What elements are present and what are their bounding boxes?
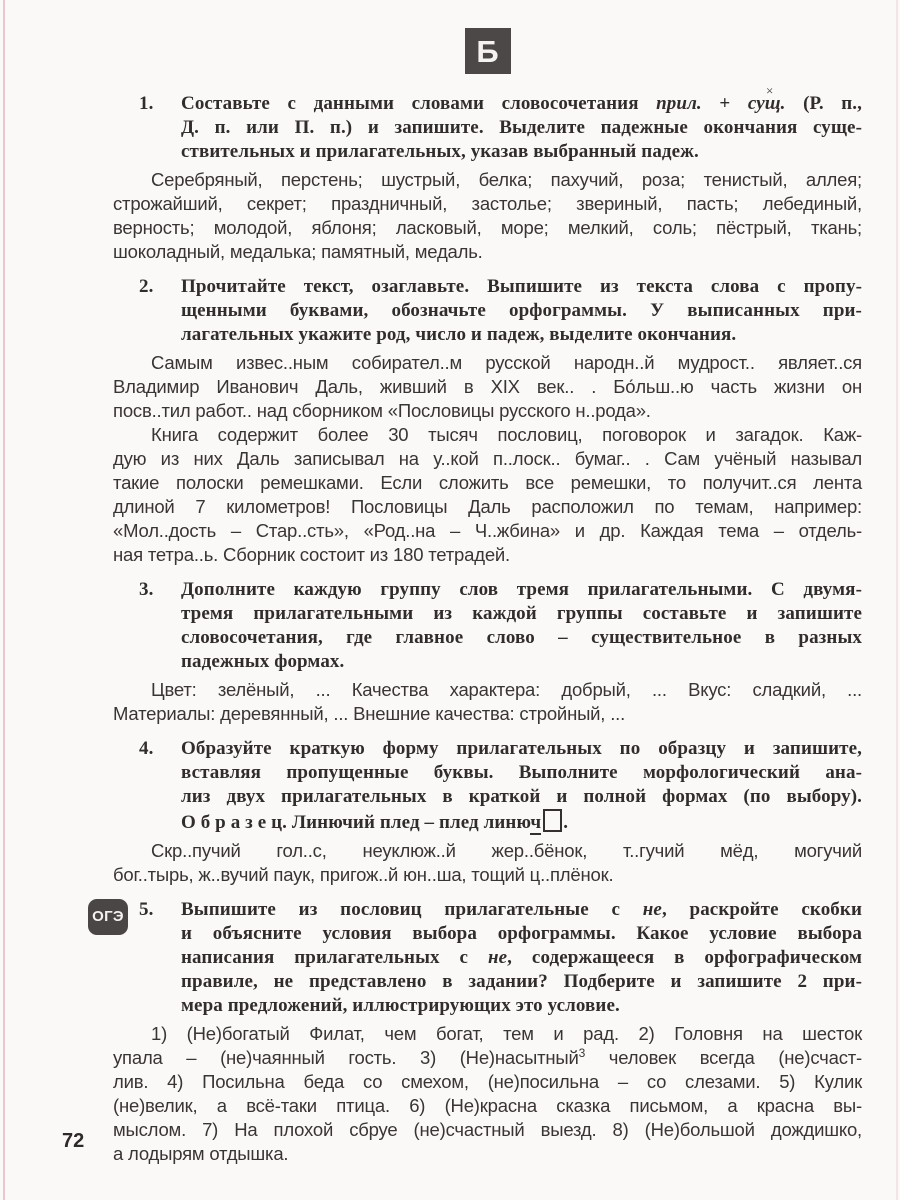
instruction-line: лагательных укажите род, число и падеж, … [181,323,862,347]
instruction-text: , содержащееся в орфографическом [507,947,862,968]
left-page-edge-line [3,0,5,1200]
exercise-4-instruction: 4. Образуйте краткую форму прилагательны… [181,737,862,835]
proverb-line: лив. 4) Посильна беда со смехом, (не)пос… [113,1070,862,1094]
page-number: 72 [62,1130,84,1153]
exercise-3-number: 3. [139,578,153,602]
word-list-line: верность; молодой, яблоня; ласковый, мор… [113,216,862,240]
word-group-line: Цвет: зелёный, ... Качества характера: д… [113,678,862,702]
exercise-5: ОГЭ 5. Выпишите из пословиц прилагательн… [113,898,862,1166]
exercise-3-word-groups: Цвет: зелёный, ... Качества характера: д… [113,678,862,726]
text-paragraph: Книга содержит более 30 тысяч пословиц, … [113,423,862,567]
word-list-line: Серебряный, перстень; шустрый, белка; па… [113,168,862,192]
text-line: такие полоски ремешками. Если сложить вс… [113,471,862,495]
exercise-2-number: 2. [139,275,153,299]
instruction-line: падежных формах. [181,650,862,674]
instruction-line: и объясните условия выбора орфограммы. К… [181,922,862,946]
exercise-3-instruction: 3. Дополните каждую группу слов тремя пр… [181,578,862,674]
text-line: ная тетра..ь. Сборник состоит из 180 тет… [113,543,862,567]
text-line: посв..тил работ.. над сборником «Послови… [113,399,862,423]
proverb-line: 1) (Не)богатый Филат, чем богат, тем и р… [113,1022,862,1046]
exercise-3: 3. Дополните каждую группу слов тремя пр… [113,578,862,726]
sample-text: О б р а з е ц. Линючий плед – плед линю [181,812,530,833]
sample-period: . [563,812,568,833]
exercise-2-text: Самым извес..ным собирател..м русской на… [113,351,862,567]
zero-ending-box [543,809,562,832]
proverb-line: упала – (не)чаянный гость. 3) (Не)насытн… [113,1046,862,1070]
text-line: «Мол..дость – Стар..сть», «Род..на – Ч..… [113,519,862,543]
proverb-line: а лодырям отдышка. [113,1142,862,1166]
word-list-line: Скр..пучий гол..с, неуклюж..й жер..бёнок… [113,839,862,863]
text-line: Владимир Иванович Даль, живший в XIX век… [113,375,862,399]
word-list-line: строжайший, секрет; праздничный, застоль… [113,192,862,216]
instruction-line: Прочитайте текст, озаглавьте. Выпишите и… [181,275,862,299]
term-sushch: ×сущ. [748,93,786,114]
instruction-line: ствительных и прилагательных, указав выб… [181,140,862,164]
exercise-2-instruction: 2. Прочитайте текст, озаглавьте. Выпишит… [181,275,862,347]
proverb-line: мыслом. 7) На плохой сбруе (не)счастный … [113,1118,862,1142]
instruction-line: тремя прилагательными из каждой группы с… [181,602,862,626]
instruction-line: Выпишите из пословиц прилагательные с не… [181,898,862,922]
instruction-line: правиле, не представлено в задании? Подб… [181,970,862,994]
instruction-text: (Р. п., [786,93,862,114]
underlined-letter: ч [530,812,541,835]
instruction-line: Дополните каждую группу слов тремя прила… [181,578,862,602]
plus-sign: + [702,93,748,114]
word-list-line: шоколадный, медалька; памятный, медаль. [113,240,862,264]
instruction-line: Составьте с данными словами словосочетан… [181,92,862,116]
instruction-line: лиз двух прилагательных в краткой и полн… [181,785,862,809]
exercise-1-number: 1. [139,92,153,116]
x-mark: × [766,79,773,103]
page-content: Б 1. Составьте с данными словами словосо… [113,0,862,1166]
word-group-line: Материалы: деревянный, ... Внешние качес… [113,702,862,726]
instruction-line: Образуйте краткую форму прилагательных п… [181,737,862,761]
text-line: Книга содержит более 30 тысяч пословиц, … [113,423,862,447]
word-list-line: бог..тырь, ж..вучий паук, пригож..й юн..… [113,863,862,887]
text-line: Самым извес..ным собирател..м русской на… [113,351,862,375]
instruction-line: Д. п. или П. п.) и запишите. Выделите па… [181,116,862,140]
proverb-text: упала – (не)чаянный гость. 3) (Не)насытн… [113,1047,579,1068]
instruction-line: написания прилагательных с не, содержаще… [181,946,862,970]
textbook-page: Б 1. Составьте с данными словами словосо… [0,0,900,1166]
term-pril: прил. [656,93,702,114]
instruction-line: вставляя пропущенные буквы. Выполните мо… [181,761,862,785]
text-paragraph: Самым извес..ным собирател..м русской на… [113,351,862,423]
text-line: длиной 7 километров! Пословицы Даль расп… [113,495,862,519]
instruction-line: мера предложений, иллюстрирующих это усл… [181,994,862,1018]
exercise-2: 2. Прочитайте текст, озаглавьте. Выпишит… [113,275,862,567]
instruction-text: Выпишите из пословиц прилагательные с [181,899,643,920]
sample-line: О б р а з е ц. Линючий плед – плед линюч… [181,809,862,835]
exercise-5-number: 5. [139,898,153,922]
instruction-text: написания прилагательных с [181,947,488,968]
exercise-4: 4. Образуйте краткую форму прилагательны… [113,737,862,887]
exercise-4-number: 4. [139,737,153,761]
text-line: дую из них Даль записывал на у..кой п..л… [113,447,862,471]
oge-badge: ОГЭ [88,899,128,935]
exercise-1: 1. Составьте с данными словами словосоче… [113,92,862,264]
instruction-line: щенными буквами, обозначьте орфограммы. … [181,299,862,323]
proverb-text: человек всегда (не)счаст- [585,1047,862,1068]
right-page-edge-line [896,0,898,1200]
exercise-1-word-list: Серебряный, перстень; шустрый, белка; па… [113,168,862,264]
section-letter-badge: Б [465,28,511,74]
exercise-4-word-list: Скр..пучий гол..с, неуклюж..й жер..бёнок… [113,839,862,887]
exercise-5-proverbs: 1) (Не)богатый Филат, чем богат, тем и р… [113,1022,862,1166]
term-ne: не [488,947,507,968]
instruction-text: , раскройте скобки [662,899,862,920]
section-letter: Б [476,36,498,67]
term-ne: не [643,899,662,920]
proverb-line: (не)велик, а всё-таки птица. 6) (Не)крас… [113,1094,862,1118]
exercise-5-instruction: ОГЭ 5. Выпишите из пословиц прилагательн… [181,898,862,1018]
instruction-line: словосочетания, где главное слово – суще… [181,626,862,650]
exercise-1-instruction: 1. Составьте с данными словами словосоче… [181,92,862,164]
instruction-text: Составьте с данными словами словосочетан… [181,93,656,114]
